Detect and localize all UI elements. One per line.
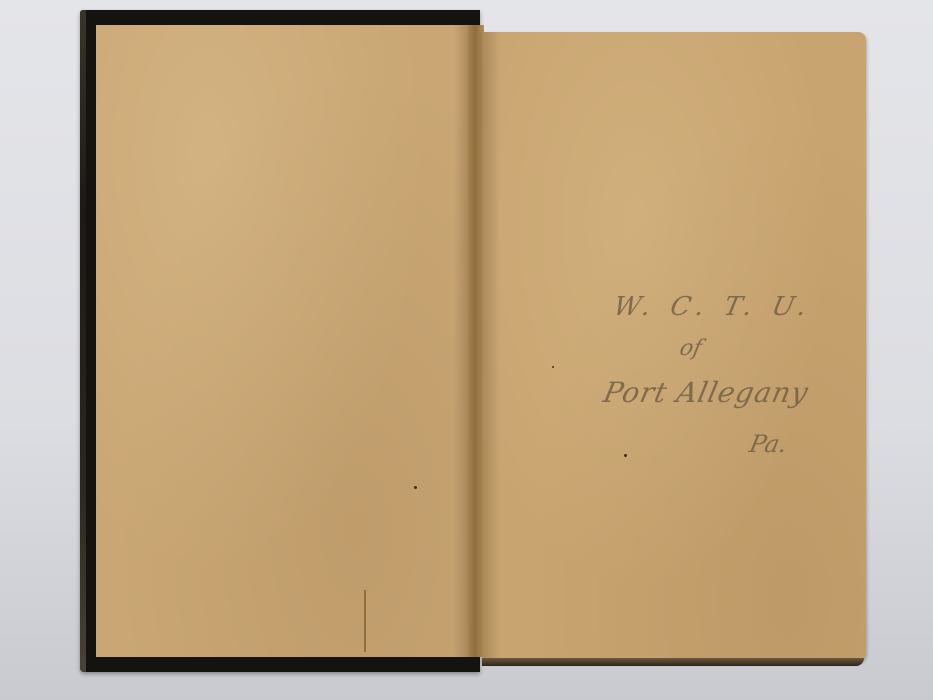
open-book-photo: W. C. T. U. of Port Allegany Pa.	[0, 0, 933, 700]
inscription-line: W. C. T. U.	[611, 292, 815, 322]
hinge-tear	[364, 590, 366, 652]
paper-speck	[624, 454, 627, 457]
cover-edge-wear	[80, 10, 86, 672]
inscription-line: Pa.	[747, 430, 790, 458]
handwritten-inscription: W. C. T. U. of Port Allegany Pa.	[600, 290, 860, 470]
hinge-shadow	[454, 25, 468, 657]
paper-speck	[414, 486, 417, 489]
left-pastedown-page	[96, 25, 468, 657]
inscription-line: Port Allegany	[600, 376, 811, 409]
inscription-line: of	[677, 336, 704, 361]
gutter-shadow	[482, 32, 500, 662]
paper-speck	[552, 366, 554, 368]
page-block-edges	[482, 658, 864, 666]
